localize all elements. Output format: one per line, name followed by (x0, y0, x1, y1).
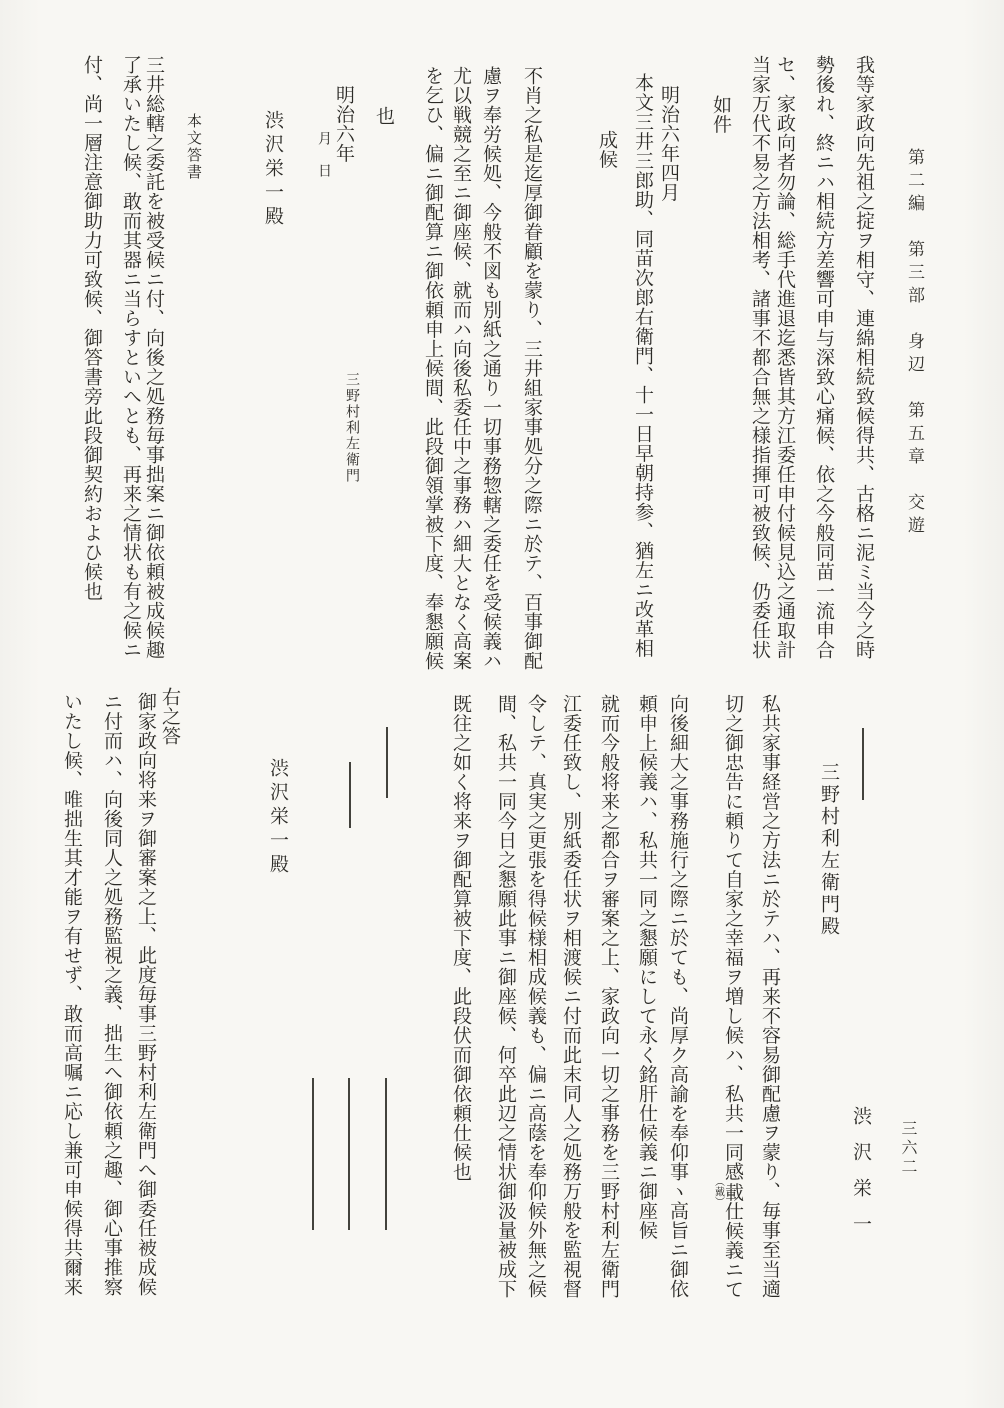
redacted-date-line (386, 727, 388, 798)
date-line: 明治六年 (333, 85, 355, 163)
mitsui-letter-line: 江委任致し、別紙委任状ヲ相渡候ニ付而此末同人之処務万般を監視督 (560, 694, 582, 1299)
addressee-shibusawa: 渋沢栄一殿 (262, 110, 284, 230)
editorial-note-line: 成候 (596, 130, 618, 169)
mitsui-letter-line: 私共家事経営之方法ニ於テハ、再来不容易御配慮ヲ蒙り、毎事至当適 (759, 694, 781, 1299)
mitsui-letter-line: 就而今般将来之都合ヲ審案之上、家政向一切之事務を三野村利左衛門 (598, 694, 620, 1299)
minomura-letter-line: 不肖之私是迄厚御眷顧を蒙り、三井組家事処分之際ニ於テ、百事御配 (521, 66, 543, 671)
signature-minomura: 三野村利左衛門 (341, 372, 363, 484)
commission-letter-line: 当家万代不易之方法相考、諸事不都合無之様指揮可被致候、仍委任状 (749, 55, 771, 660)
reply-letter-line: ニ付而ハ、向後同人之処務監視之義、拙生へ御依頼之趣、御心事推察 (101, 692, 123, 1297)
editorial-note-line: 本文三井三郎助、同苗次郎右衛門、十一日早朝持参、猶左ニ改革相 (632, 73, 654, 658)
annotated-line-pre: 切之御忠告に頼りて自家之幸福ヲ増し候ハ、私共一同感 (722, 694, 744, 1182)
minomura-letter-line: を乞ひ、偏ニ御配算ニ御依頼申上候間、此段御領掌被下度、奉懇願候 (422, 66, 444, 671)
correction-note: （戴） (713, 1177, 724, 1207)
answer-letter-line: 付、尚一層注意御助力可致候、御答書旁此段御契約およひ候也 (81, 55, 103, 601)
mitsui-letter-line: 令しテ、真実之更張を得候様相成候義も、偏ニ高蔭を奉仰候外無之候 (525, 694, 547, 1299)
scanned-book-page: 第二編 第三部 身辺 第五章 交遊 三六二 我等家政向先祖之掟ヲ相守、連綿相続致… (0, 0, 1004, 1408)
mitsui-letter-line: 向後細大之事務施行之際ニ於ても、尚厚ク高諭を奉仰事ヽ高旨ニ御依 (667, 694, 689, 1299)
date-day-line: 月 日 (313, 131, 335, 179)
addressee-minomura: 三野村利左衛門殿 (818, 762, 840, 938)
reply-letter-line: いたし候、唯拙生其才能ヲ有せず、敢而高嘱ニ応し兼可申候得共爾来 (61, 692, 83, 1297)
minomura-letter-line: 也 (373, 106, 395, 126)
mitsui-letter-line: 頼申上候義ハ、私共一同之懇願にして永く銘肝仕候義ニ御座候 (636, 694, 658, 1240)
redacted-name-line (385, 1078, 387, 1230)
mitsui-letter-line: 間、私共一同今日之懇願此事ニ御座候、何卒此辺之情状御汲量被成下 (495, 694, 517, 1299)
redacted-name-line (312, 1078, 314, 1230)
mitsui-letter-line-annotated: 切之御忠告に頼りて自家之幸福ヲ増し候ハ、私共一同感載（戴）仕候義ニて (713, 694, 744, 1299)
answer-heading: 本文答書 (183, 113, 205, 181)
answer-letter-line: 三井総轄之委託を被受候ニ付、向後之処務毎事拙案ニ御依頼被成候趣 (143, 55, 165, 660)
kanji-with-correction: 載（戴） (722, 1182, 744, 1202)
commission-letter-line: セ、家政向者勿論、総手代進退迄悉皆其方江委任申付候見込之通取計 (774, 55, 796, 660)
minomura-letter-line: 慮ヲ奉労候処、今般不図も別紙之通り一切事務惣轄之委任を受候義ハ (480, 66, 502, 671)
running-header: 第二編 第三部 身辺 第五章 交遊 (903, 148, 925, 539)
commission-letter-line: 我等家政向先祖之掟ヲ相守、連綿相続致候得共、古格ニ泥ミ当今之時 (853, 55, 875, 660)
signature-shibusawa: 渋沢栄一 (850, 1106, 872, 1250)
reply-letter-line: 御家政向将来ヲ御審案之上、此度毎事三野村利左衛門へ御委任被成候 (135, 692, 157, 1297)
redacted-name-line (348, 1078, 350, 1230)
redacted-name-line (349, 762, 351, 828)
reply-heading: 右之答 (159, 687, 181, 746)
commission-letter-line: 勢後れ、終ニハ相続方差響可申与深致心痛候、依之今般同苗一流申合 (813, 55, 835, 660)
redacted-date-line (862, 728, 864, 800)
addressee-shibusawa: 渋沢栄一殿 (267, 758, 289, 878)
commission-letter-line: 如件 (710, 95, 732, 134)
minomura-letter-line: 尤以戦競之至ニ御座候、就而ハ向後私委任中之事務ハ細大となく高案 (450, 66, 472, 671)
answer-letter-line: 了承いたし候、敢而其器ニ当らすといへとも、再来之情状も有之候ニ (120, 55, 142, 660)
page-number: 三六二 (897, 1120, 919, 1177)
mitsui-letter-line: 既往之如く将来ヲ御配算被下度、此段伏而御依頼仕候也 (450, 694, 472, 1182)
commission-date-line: 明治六年四月 (658, 85, 680, 202)
annotated-line-post: 仕候義ニて (722, 1202, 744, 1300)
